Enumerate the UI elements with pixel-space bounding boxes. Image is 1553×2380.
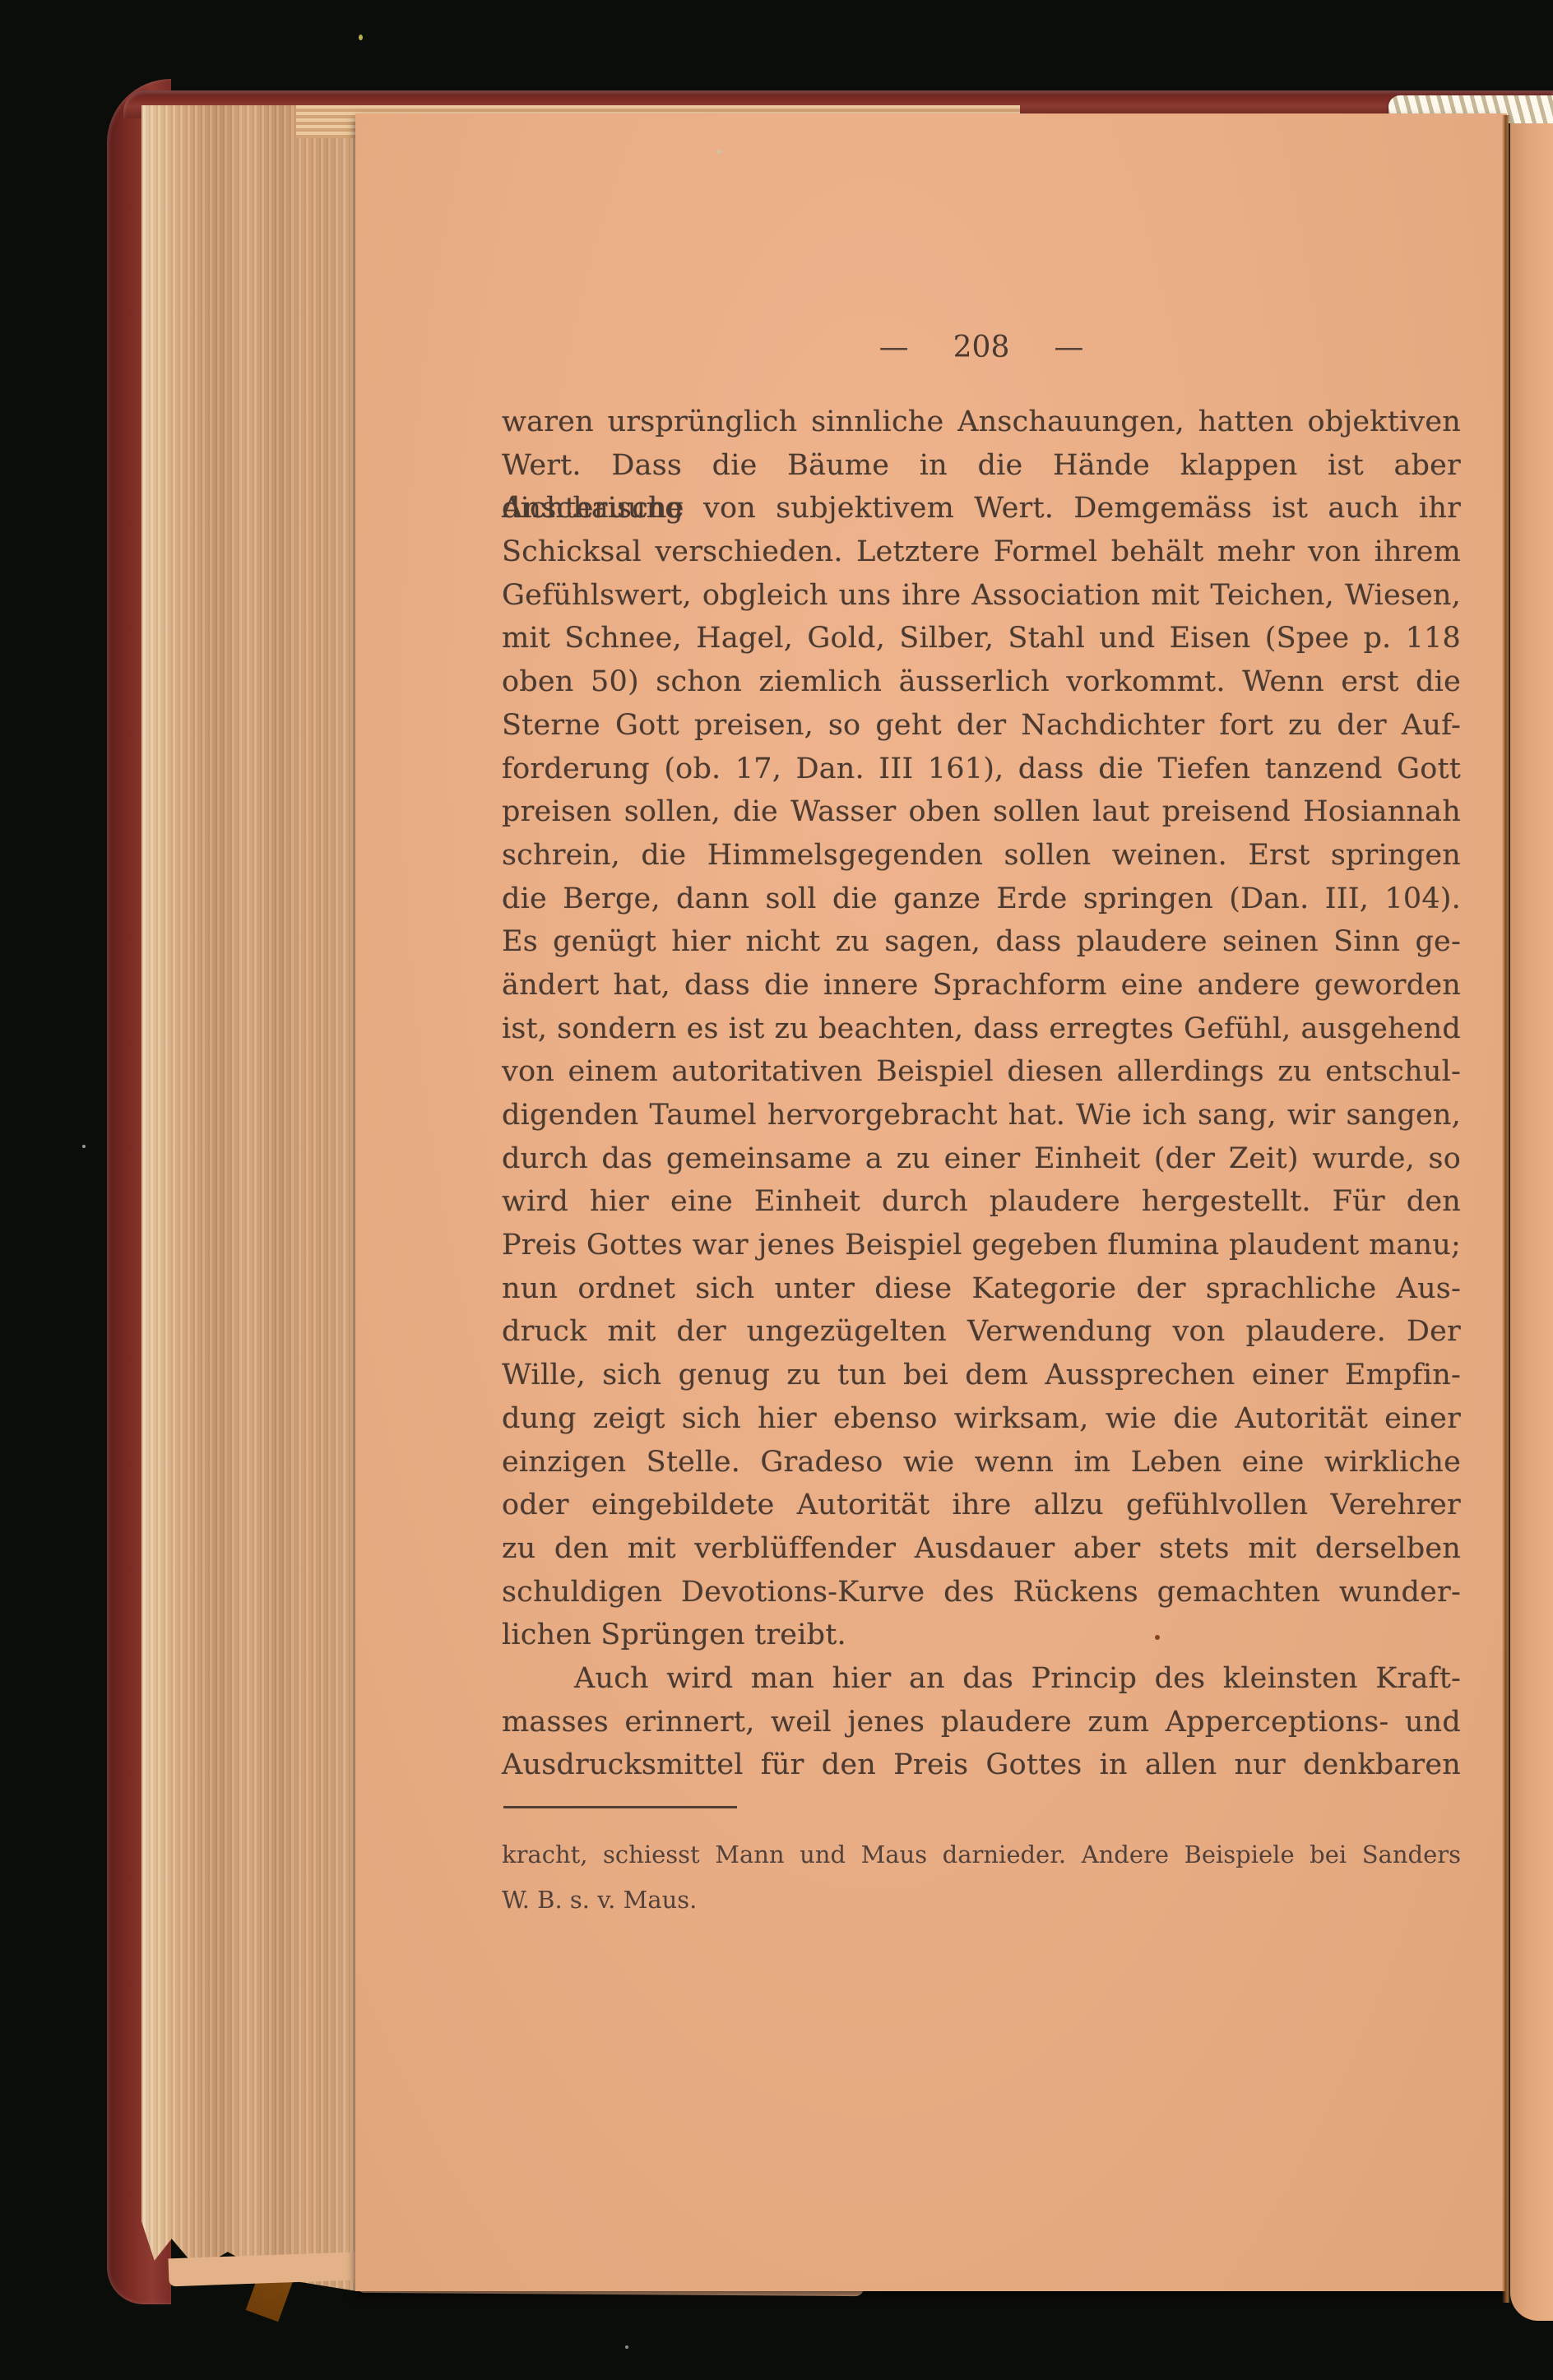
text-line: zu den mit verblüffender Ausdauer aber s… (502, 1527, 1461, 1571)
text-line: von einem autoritativen Beispiel diesen … (502, 1050, 1461, 1094)
text-line: Wert. Dass die Bäume in die Hände klappe… (502, 444, 1461, 488)
text-line: einzigen Stelle. Gradeso wie wenn im Leb… (502, 1441, 1461, 1484)
text-line: Wille, sich genug zu tun bei dem Ausspre… (502, 1354, 1461, 1397)
gutter-page-strip (1510, 123, 1553, 2321)
text-line: Gefühlswert, obgleich uns ihre Associati… (502, 574, 1461, 618)
text-line: oben 50) schon ziemlich äusserlich vorko… (502, 660, 1461, 704)
page-number-value: 208 (953, 331, 1010, 364)
text-line: oder eingebildete Autorität ihre allzu g… (502, 1484, 1461, 1527)
page-number-dash-right: — (1054, 331, 1083, 364)
text-line: preisen sollen, die Wasser oben sollen l… (502, 790, 1461, 834)
text-line: schuldigen Devotions-Kurve des Rückens g… (502, 1571, 1461, 1614)
text-line: masses erinnert, weil jenes plaudere zum… (502, 1701, 1461, 1744)
page-number-dash-left: — (879, 331, 909, 364)
text-line: schrein, die Himmelsgegenden sollen wein… (502, 834, 1461, 877)
dust-speck (717, 150, 721, 154)
text-line-paragraph-start: Auch wird man hier an das Princip des kl… (502, 1657, 1461, 1701)
dust-speck (82, 1145, 86, 1148)
text-line: Ausdrucksmittel für den Preis Gottes in … (502, 1743, 1461, 1787)
text-line: waren ursprünglich sinnliche Anschauunge… (502, 401, 1461, 444)
dust-speck (359, 35, 363, 40)
text-line: druck mit der ungezügelten Verwendung vo… (502, 1310, 1461, 1354)
text-line: Preis Gottes war jenes Beispiel gegeben … (502, 1224, 1461, 1267)
text-line: dung zeigt sich hier ebenso wirksam, wie… (502, 1397, 1461, 1441)
body-text: waren ursprünglich sinnliche Anschauunge… (502, 401, 1461, 1787)
text-line: durch das gemeinsame a zu einer Einheit … (502, 1137, 1461, 1181)
footnote-separator-rule (503, 1806, 737, 1808)
text-line: die Berge, dann soll die ganze Erde spri… (502, 877, 1461, 921)
text-line: Es genügt hier nicht zu sagen, dass plau… (502, 920, 1461, 964)
text-line: Sterne Gott preisen, so geht der Nachdic… (502, 704, 1461, 748)
footnote-text: kracht, schiesst Mann und Maus darnieder… (502, 1832, 1461, 1923)
text-line: ändert hat, dass die innere Sprachform e… (502, 964, 1461, 1007)
footnote-line: W. B. s. v. Maus. (502, 1878, 1461, 1923)
text-line: ist, sondern es ist zu beachten, dass er… (502, 1007, 1461, 1051)
page-number: — 208 — (502, 331, 1461, 364)
page-stack-edges (141, 105, 357, 2291)
text-line: lichen Sprüngen treibt. (502, 1614, 1461, 1657)
footnote-line: kracht, schiesst Mann und Maus darnieder… (502, 1832, 1461, 1878)
text-line: mit Schnee, Hagel, Gold, Silber, Stahl u… (502, 617, 1461, 660)
gutter-crease (1502, 115, 1510, 2303)
ink-spot (1155, 1635, 1160, 1640)
text-line: wird hier eine Einheit durch plaudere he… (502, 1180, 1461, 1224)
text-line: Anschauung von subjektivem Wert. Demgemä… (502, 487, 1461, 530)
text-line: digenden Taumel hervorgebracht hat. Wie … (502, 1094, 1461, 1137)
text-line: Schicksal verschieden. Letztere Formel b… (502, 530, 1461, 574)
text-line: forderung (ob. 17, Dan. III 161), dass d… (502, 748, 1461, 791)
dust-speck (625, 2345, 628, 2349)
text-line: nun ordnet sich unter diese Kategorie de… (502, 1267, 1461, 1311)
